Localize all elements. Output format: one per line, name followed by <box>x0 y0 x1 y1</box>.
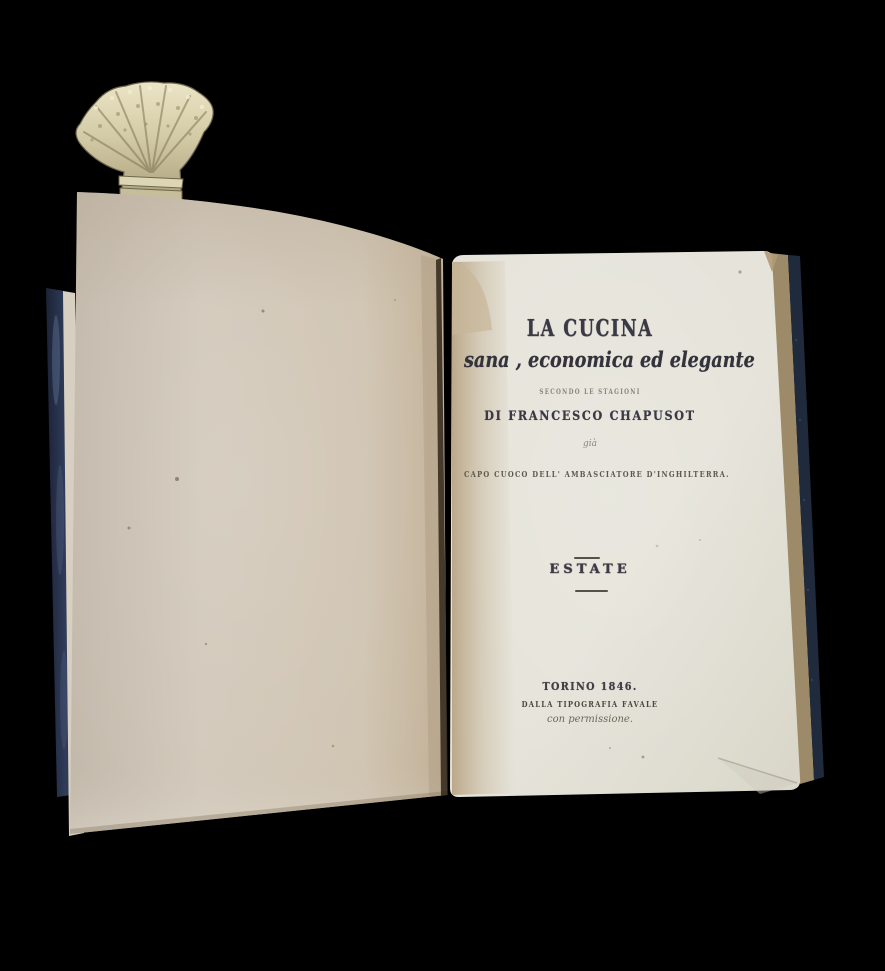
silver-clasp-ornament <box>76 82 213 204</box>
book-scene <box>0 0 885 971</box>
title-page <box>450 251 800 797</box>
title-page-gutter-shadow <box>452 261 515 795</box>
left-flyleaf-page <box>70 192 447 834</box>
dust-speck <box>656 545 659 548</box>
book-photograph: LA CUCINA sana , economica ed elegante S… <box>0 0 885 971</box>
